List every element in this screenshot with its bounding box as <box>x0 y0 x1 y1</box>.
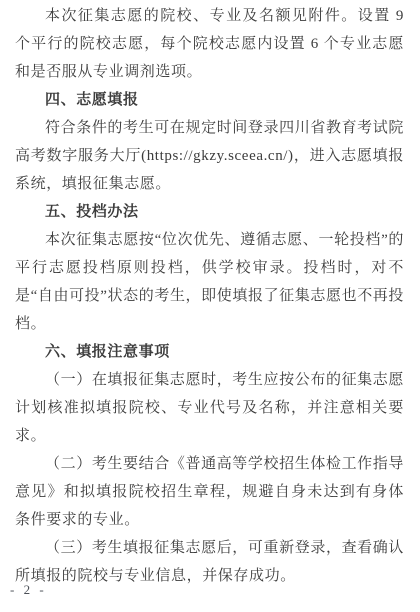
paragraph-note-2: （二）考生要结合《普通高等学校招生体检工作指导意见》和拟填报院校招生章程，规避自… <box>15 450 404 534</box>
paragraph-note-1: （一）在填报征集志愿时，考生应按公布的征集志愿计划核准拟填报院校、专业代号及名称… <box>15 366 404 450</box>
page-number: - 2 - <box>10 582 47 598</box>
section-heading-archive-method: 五、投档办法 <box>15 198 404 226</box>
paragraph-login-instructions: 符合条件的考生可在规定时间登录四川省教育考试院高考数字服务大厅(https://… <box>15 114 404 198</box>
paragraph-archive-principle: 本次征集志愿按“位次优先、遵循志愿、一轮投档”的平行志愿投档原则投档，供学校审录… <box>15 226 404 338</box>
paragraph-note-3: （三）考生填报征集志愿后，可重新登录，查看确认所填报的院校与专业信息，并保存成功… <box>15 534 404 590</box>
section-heading-volunteer-filing: 四、志愿填报 <box>15 86 404 114</box>
section-heading-filing-notes: 六、填报注意事项 <box>15 338 404 366</box>
document-page: 本次征集志愿的院校、专业及名额见附件。设置 9 个平行的院校志愿，每个院校志愿内… <box>0 0 420 612</box>
paragraph-quota-setup: 本次征集志愿的院校、专业及名额见附件。设置 9 个平行的院校志愿，每个院校志愿内… <box>15 2 404 86</box>
